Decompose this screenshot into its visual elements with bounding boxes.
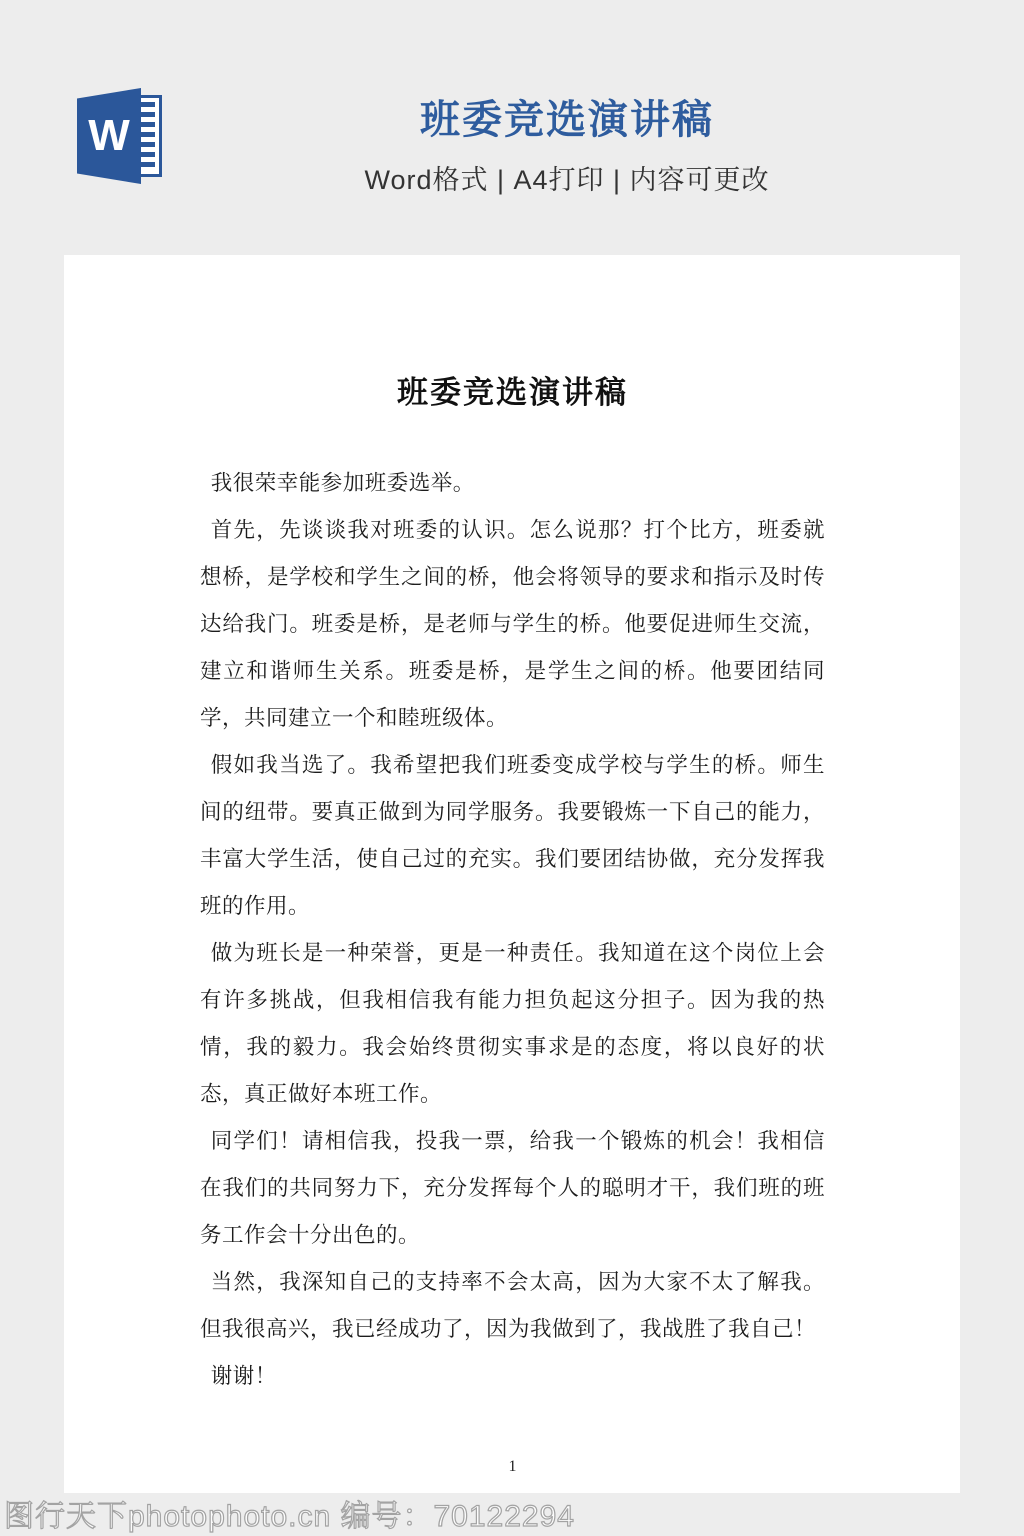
- document-page: 班委竞选演讲稿 我很荣幸能参加班委选举。 首先，先谈谈我对班委的认识。怎么说那？…: [64, 255, 960, 1493]
- document-paragraph: 做为班长是一种荣誉，更是一种责任。我知道在这个岗位上会有许多挑战，但我相信我有能…: [200, 930, 825, 1118]
- document-title: 班委竞选演讲稿: [200, 367, 825, 412]
- document-paragraph: 假如我当选了。我希望把我们班委变成学校与学生的桥。师生间的纽带。要真正做到为同学…: [200, 742, 825, 930]
- template-header: W 班委竞选演讲稿 Word格式 | A4打印 | 内容可更改: [0, 0, 1024, 255]
- document-paragraph: 首先，先谈谈我对班委的认识。怎么说那？打个比方，班委就想桥，是学校和学生之间的桥…: [200, 507, 825, 742]
- template-title: 班委竞选演讲稿: [110, 96, 1024, 144]
- page-number: 1: [200, 1458, 825, 1476]
- document-paragraph: 当然，我深知自己的支持率不会太高，因为大家不太了解我。但我很高兴，我已经成功了，…: [200, 1259, 825, 1353]
- template-title-block: 班委竞选演讲稿 Word格式 | A4打印 | 内容可更改: [110, 96, 1024, 197]
- document-body: 我很荣幸能参加班委选举。 首先，先谈谈我对班委的认识。怎么说那？打个比方，班委就…: [200, 460, 825, 1400]
- document-paragraph: 我很荣幸能参加班委选举。: [200, 460, 825, 507]
- template-subtitle: Word格式 | A4打印 | 内容可更改: [110, 158, 1024, 197]
- watermark: 图行天下photophoto.cn 编号：70122294: [4, 1491, 575, 1535]
- template-preview: W 班委竞选演讲稿 Word格式 | A4打印 | 内容可更改 班委竞选演讲稿 …: [0, 0, 1024, 1536]
- document-paragraph: 同学们！请相信我，投我一票，给我一个锻炼的机会！我相信在我们的共同努力下，充分发…: [200, 1118, 825, 1259]
- document-paragraph: 谢谢！: [200, 1353, 825, 1400]
